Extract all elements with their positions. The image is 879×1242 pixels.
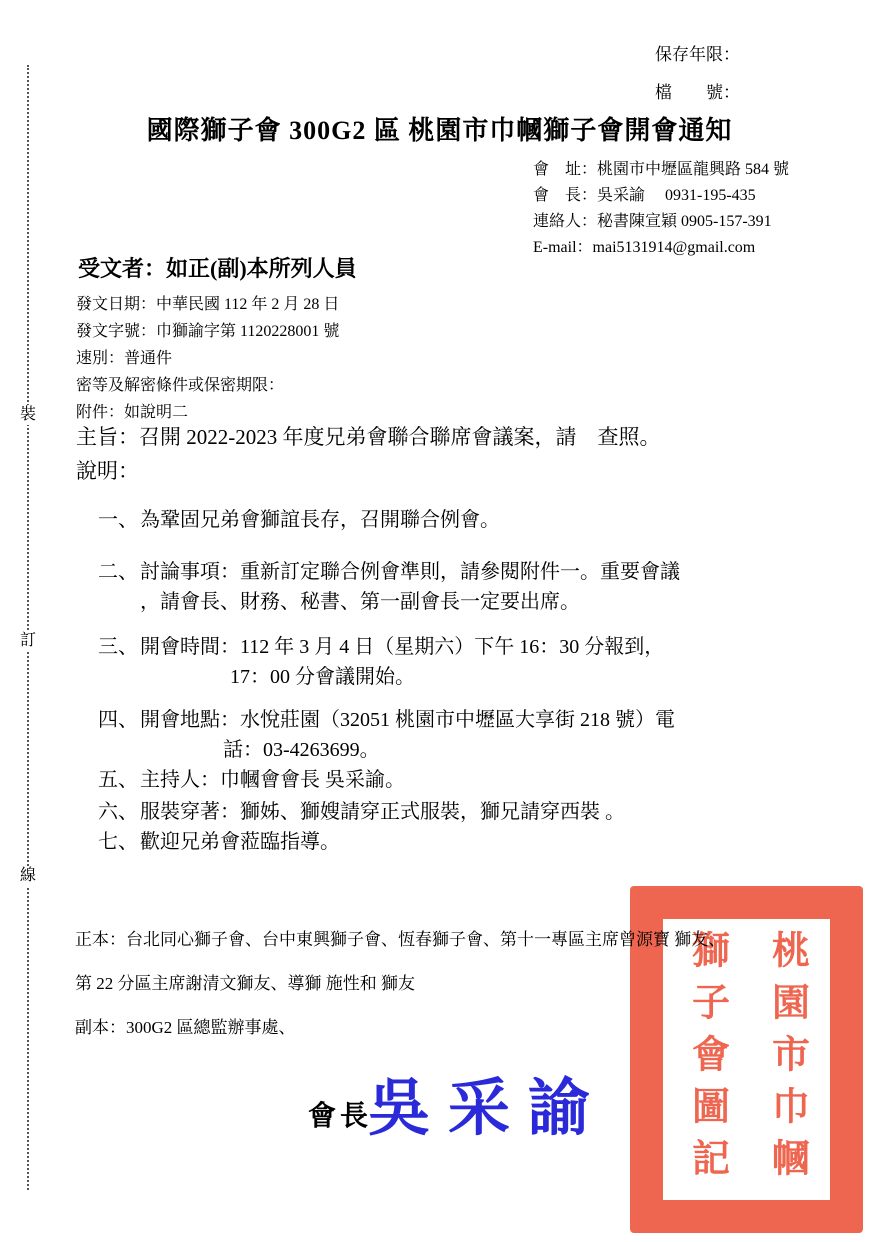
subject-block: 主旨：召開 2022-2023 年度兄弟會聯合聯席會議案，請 查照。 說明： bbox=[76, 422, 661, 487]
item-number: 七、 bbox=[98, 827, 140, 857]
president-signature: 吳采諭 bbox=[368, 1058, 608, 1147]
retention-period-label: 保存年限： bbox=[655, 45, 740, 65]
explanation-label: 說明： bbox=[76, 456, 661, 487]
item-number: 六、 bbox=[98, 797, 140, 827]
binding-char-xian: 線 bbox=[19, 866, 37, 886]
binding-dotted-line bbox=[27, 65, 29, 1190]
list-item: 五、 主持人：巾幗會會長 吳采諭。 bbox=[98, 765, 846, 795]
speed-class: 速別：普通件 bbox=[76, 345, 339, 372]
org-contact: 連絡人：秘書陳宣穎 0905-157-391 bbox=[533, 209, 789, 235]
meeting-notice-document: 裝 訂 線 保存年限： 檔 號： 國際獅子會 300G2 區 桃園市巾幗獅子會開… bbox=[0, 0, 879, 1242]
item-text: 討論事項：重新訂定聯合例會準則，請參閱附件一。重要會議 bbox=[140, 557, 846, 587]
item-text: 話：03-4263699。 bbox=[223, 735, 846, 765]
org-email: E-mail：mai5131914@gmail.com bbox=[533, 235, 789, 261]
list-item: 一、 為鞏固兄弟會獅誼長存，召開聯合例會。 bbox=[98, 505, 846, 535]
item-text: ，請會長、財務、秘書、第一副會長一定要出席。 bbox=[140, 587, 846, 617]
list-item: 二、 討論事項：重新訂定聯合例會準則，請參閱附件一。重要會議 ，請會長、財務、秘… bbox=[98, 557, 846, 617]
item-text: 開會地點：水悅莊園（32051 桃園市中壢區大享街 218 號）電 bbox=[140, 705, 846, 735]
meta-block: 發文日期：中華民國 112 年 2 月 28 日 發文字號：巾獅諭字第 1120… bbox=[76, 291, 339, 426]
item-text: 17：00 分會議開始。 bbox=[230, 662, 846, 692]
item-text: 主持人：巾幗會會長 吳采諭。 bbox=[140, 765, 846, 795]
binding-char-zhuang: 裝 bbox=[19, 405, 37, 425]
subject-line: 主旨：召開 2022-2023 年度兄弟會聯合聯席會議案，請 查照。 bbox=[76, 422, 661, 453]
file-number-label: 檔 號： bbox=[655, 83, 740, 103]
item-number: 一、 bbox=[98, 505, 140, 535]
item-number: 四、 bbox=[98, 705, 140, 765]
org-info-block: 會 址：桃園市中壢區龍興路 584 號 會 長：吳采諭 0931-195-435… bbox=[533, 157, 789, 261]
item-list: 一、 為鞏固兄弟會獅誼長存，召開聯合例會。 二、 討論事項：重新訂定聯合例會準則… bbox=[98, 500, 846, 857]
carbon-copy-line: 副本：300G2 區總監辦事處、 bbox=[75, 1006, 725, 1050]
item-text: 服裝穿著：獅姊、獅嫂請穿正式服裝，獅兄請穿西裝 。 bbox=[140, 797, 846, 827]
item-number: 五、 bbox=[98, 765, 140, 795]
security-class: 密等及解密條件或保密期限： bbox=[76, 372, 339, 399]
org-president: 會 長：吳采諭 0931-195-435 bbox=[533, 183, 789, 209]
issue-date: 發文日期：中華民國 112 年 2 月 28 日 bbox=[76, 291, 339, 318]
list-item: 四、 開會地點：水悅莊園（32051 桃園市中壢區大享街 218 號）電 話：0… bbox=[98, 705, 846, 765]
archive-block: 保存年限： 檔 號： bbox=[655, 45, 740, 103]
seal-text-column-right: 桃園市巾幗 bbox=[747, 930, 827, 1190]
item-text: 為鞏固兄弟會獅誼長存，召開聯合例會。 bbox=[140, 505, 846, 535]
document-title: 國際獅子會 300G2 區 桃園市巾幗獅子會開會通知 bbox=[0, 110, 879, 147]
item-number: 二、 bbox=[98, 557, 140, 617]
original-copy-line2: 第 22 分區主席謝清文獅友、導獅 施性和 獅友 bbox=[75, 962, 725, 1006]
recipient-line: 受文者：如正(副)本所列人員 bbox=[78, 252, 357, 283]
item-text: 開會時間：112 年 3 月 4 日（星期六）下午 16：30 分報到， bbox=[140, 632, 846, 662]
item-text: 歡迎兄弟會蒞臨指導。 bbox=[140, 827, 846, 857]
org-address: 會 址：桃園市中壢區龍興路 584 號 bbox=[533, 157, 789, 183]
list-item: 三、 開會時間：112 年 3 月 4 日（星期六）下午 16：30 分報到， … bbox=[98, 632, 846, 692]
list-item: 六、 服裝穿著：獅姊、獅嫂請穿正式服裝，獅兄請穿西裝 。 bbox=[98, 797, 846, 827]
copies-block: 正本：台北同心獅子會、台中東興獅子會、恆春獅子會、第十一專區主席曾源寶 獅友、 … bbox=[75, 918, 725, 1050]
binding-char-ding: 訂 bbox=[19, 631, 37, 651]
original-copy-line1: 正本：台北同心獅子會、台中東興獅子會、恆春獅子會、第十一專區主席曾源寶 獅友、 bbox=[75, 918, 725, 962]
list-item: 七、 歡迎兄弟會蒞臨指導。 bbox=[98, 827, 846, 857]
president-title-label: 會長 bbox=[308, 1094, 372, 1134]
doc-number: 發文字號：巾獅諭字第 1120228001 號 bbox=[76, 318, 339, 345]
item-number: 三、 bbox=[98, 632, 140, 692]
